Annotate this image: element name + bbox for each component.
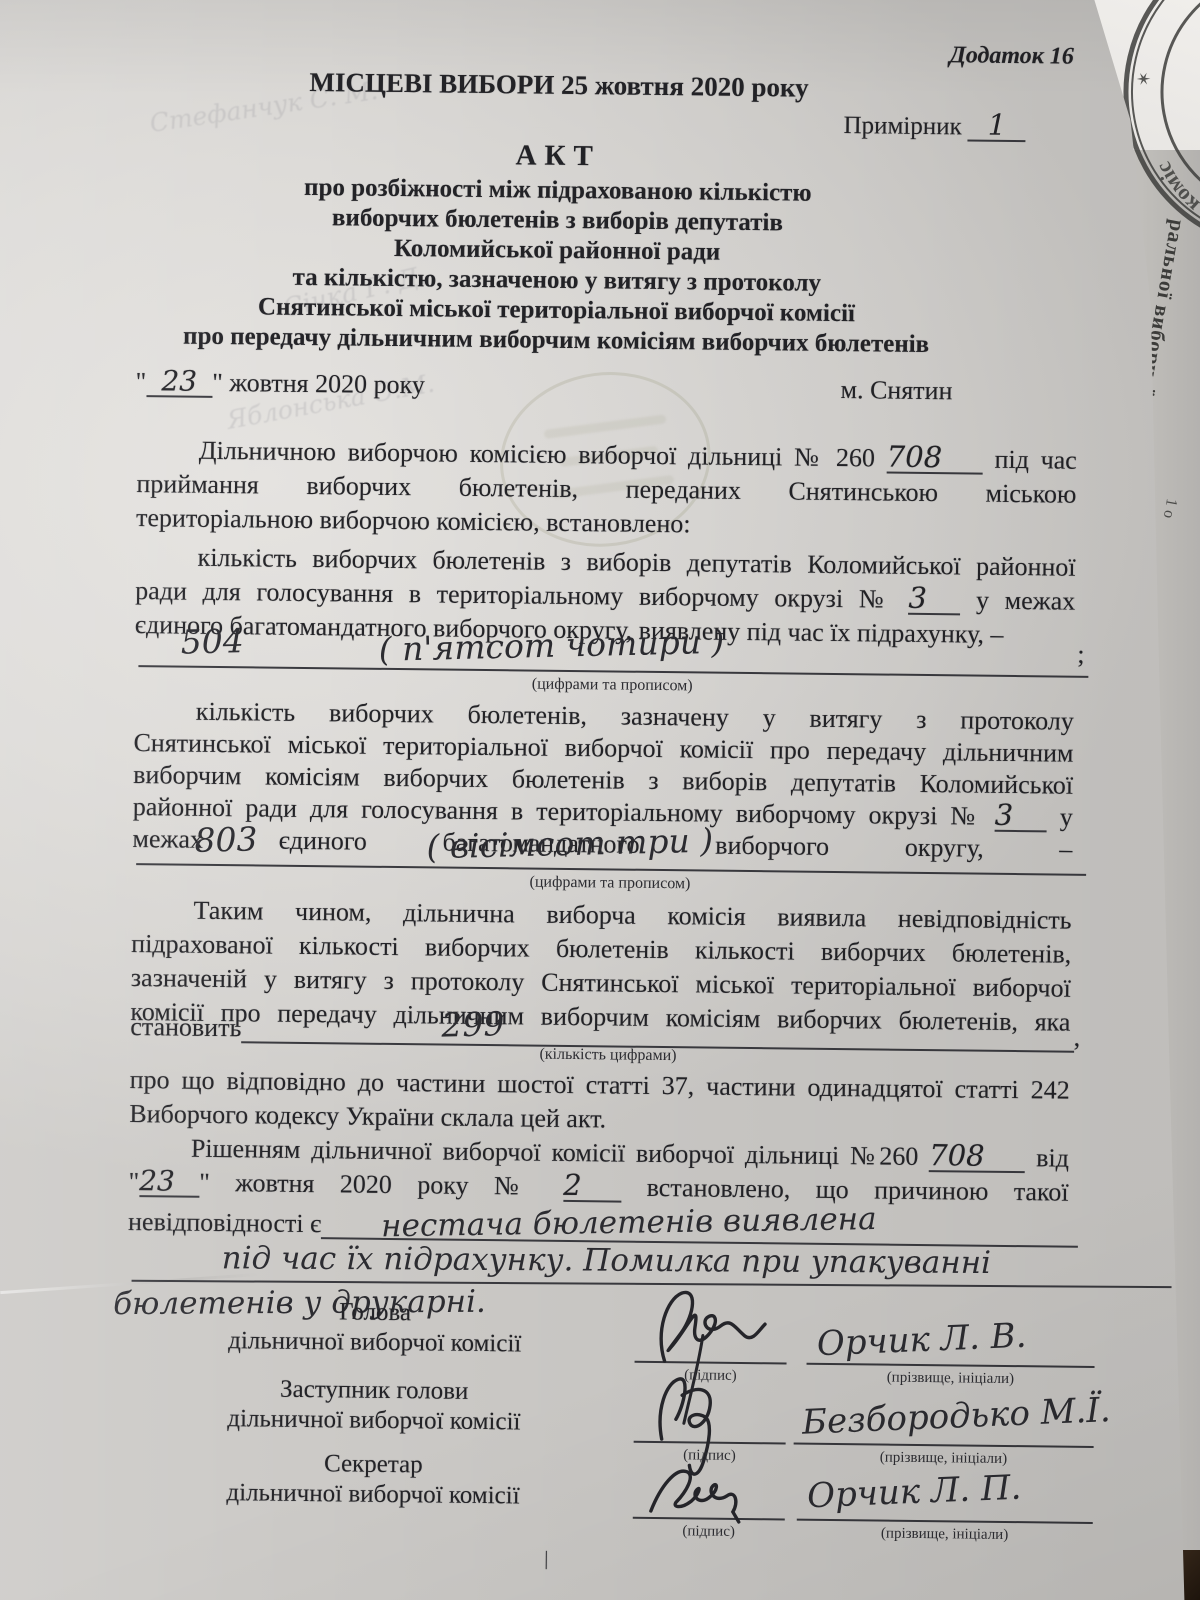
role-label: Голова дільничної виборчої комісії: [205, 1296, 546, 1360]
underlying-page-rotated-text-2: 1 о: [1159, 497, 1180, 520]
role-label: Заступник голови дільничної виборчої ком…: [204, 1374, 545, 1438]
place-label: м. Снятин: [840, 375, 952, 406]
okrug-number-handwritten: 3: [995, 801, 1047, 833]
document-title: МІСЦЕВІ ВИБОРИ 25 жовтня 2020 року: [0, 63, 1119, 107]
signature-caption: (підпис): [633, 1523, 785, 1542]
numbers-words-caption: (цифрами та прописом): [370, 872, 850, 895]
copy-label: Примірник: [843, 112, 961, 140]
reason-handwritten-2: під час їх підрахунку. Помилка при упаку…: [132, 1240, 1172, 1288]
okrug-number-handwritten: 3: [908, 584, 960, 616]
date-day-handwritten: 23: [146, 367, 212, 398]
signature-squiggle: [646, 1365, 777, 1450]
district-number-handwritten: 708: [929, 1141, 1025, 1173]
stamp-star-icon: ✶: [1132, 67, 1155, 92]
role-label: Секретар дільничної виборчої комісії: [203, 1448, 544, 1512]
paragraph-1: Дільничною виборчою комісією виборчої ді…: [136, 433, 1077, 546]
signature-squiggle: [646, 1283, 777, 1370]
name-caption: (прізвище, ініціали): [797, 1525, 1093, 1545]
decision-number-handwritten: 2: [563, 1171, 621, 1203]
act-subtitle: про розбіжності між підрахованою кількіс…: [0, 169, 1118, 362]
date-line: "23" жовтня 2020 року: [135, 367, 425, 400]
count-found-handwritten-row: 504 ( п'ятсот чотири ) ;: [138, 623, 1088, 678]
difference-handwritten: 299: [441, 1004, 505, 1044]
bottom-page-mark: |: [544, 1548, 548, 1571]
signature-squiggle: [639, 1445, 776, 1527]
count-protocol-handwritten-row: 803 ( вісімсот три ): [136, 821, 1086, 876]
district-number-handwritten: 708: [887, 443, 983, 475]
appendix-label: Додаток 16: [949, 42, 1074, 70]
name-handwritten: Орчик Л. П.: [806, 1468, 1022, 1517]
scanned-document-photo: Україна коміс № 3 ✶ ✶ ральної виборчої 1…: [0, 0, 1200, 1600]
numbers-words-caption: (цифрами та прописом): [372, 674, 852, 697]
document-page: Стефанчук С. М. Січка Г. Д. Яблонська О.…: [0, 0, 1200, 1600]
decision-day-handwritten: 23: [139, 1167, 199, 1198]
reason-handwritten-1: нестача бюлетенів виявлена: [381, 1201, 877, 1244]
name-handwritten: Безбородько М.Ї.: [801, 1390, 1111, 1443]
copy-number-handwritten: 1: [968, 110, 1026, 142]
signature-row-secretary: Секретар дільничної виборчої комісії (пі…: [133, 1447, 1094, 1550]
paragraph-6: Рішенням дільничної виборчої комісії виб…: [128, 1131, 1069, 1210]
name-handwritten: Орчик Л. В.: [816, 1316, 1027, 1365]
paragraph-5: про що відповідно до частини шостої стат…: [129, 1063, 1070, 1142]
